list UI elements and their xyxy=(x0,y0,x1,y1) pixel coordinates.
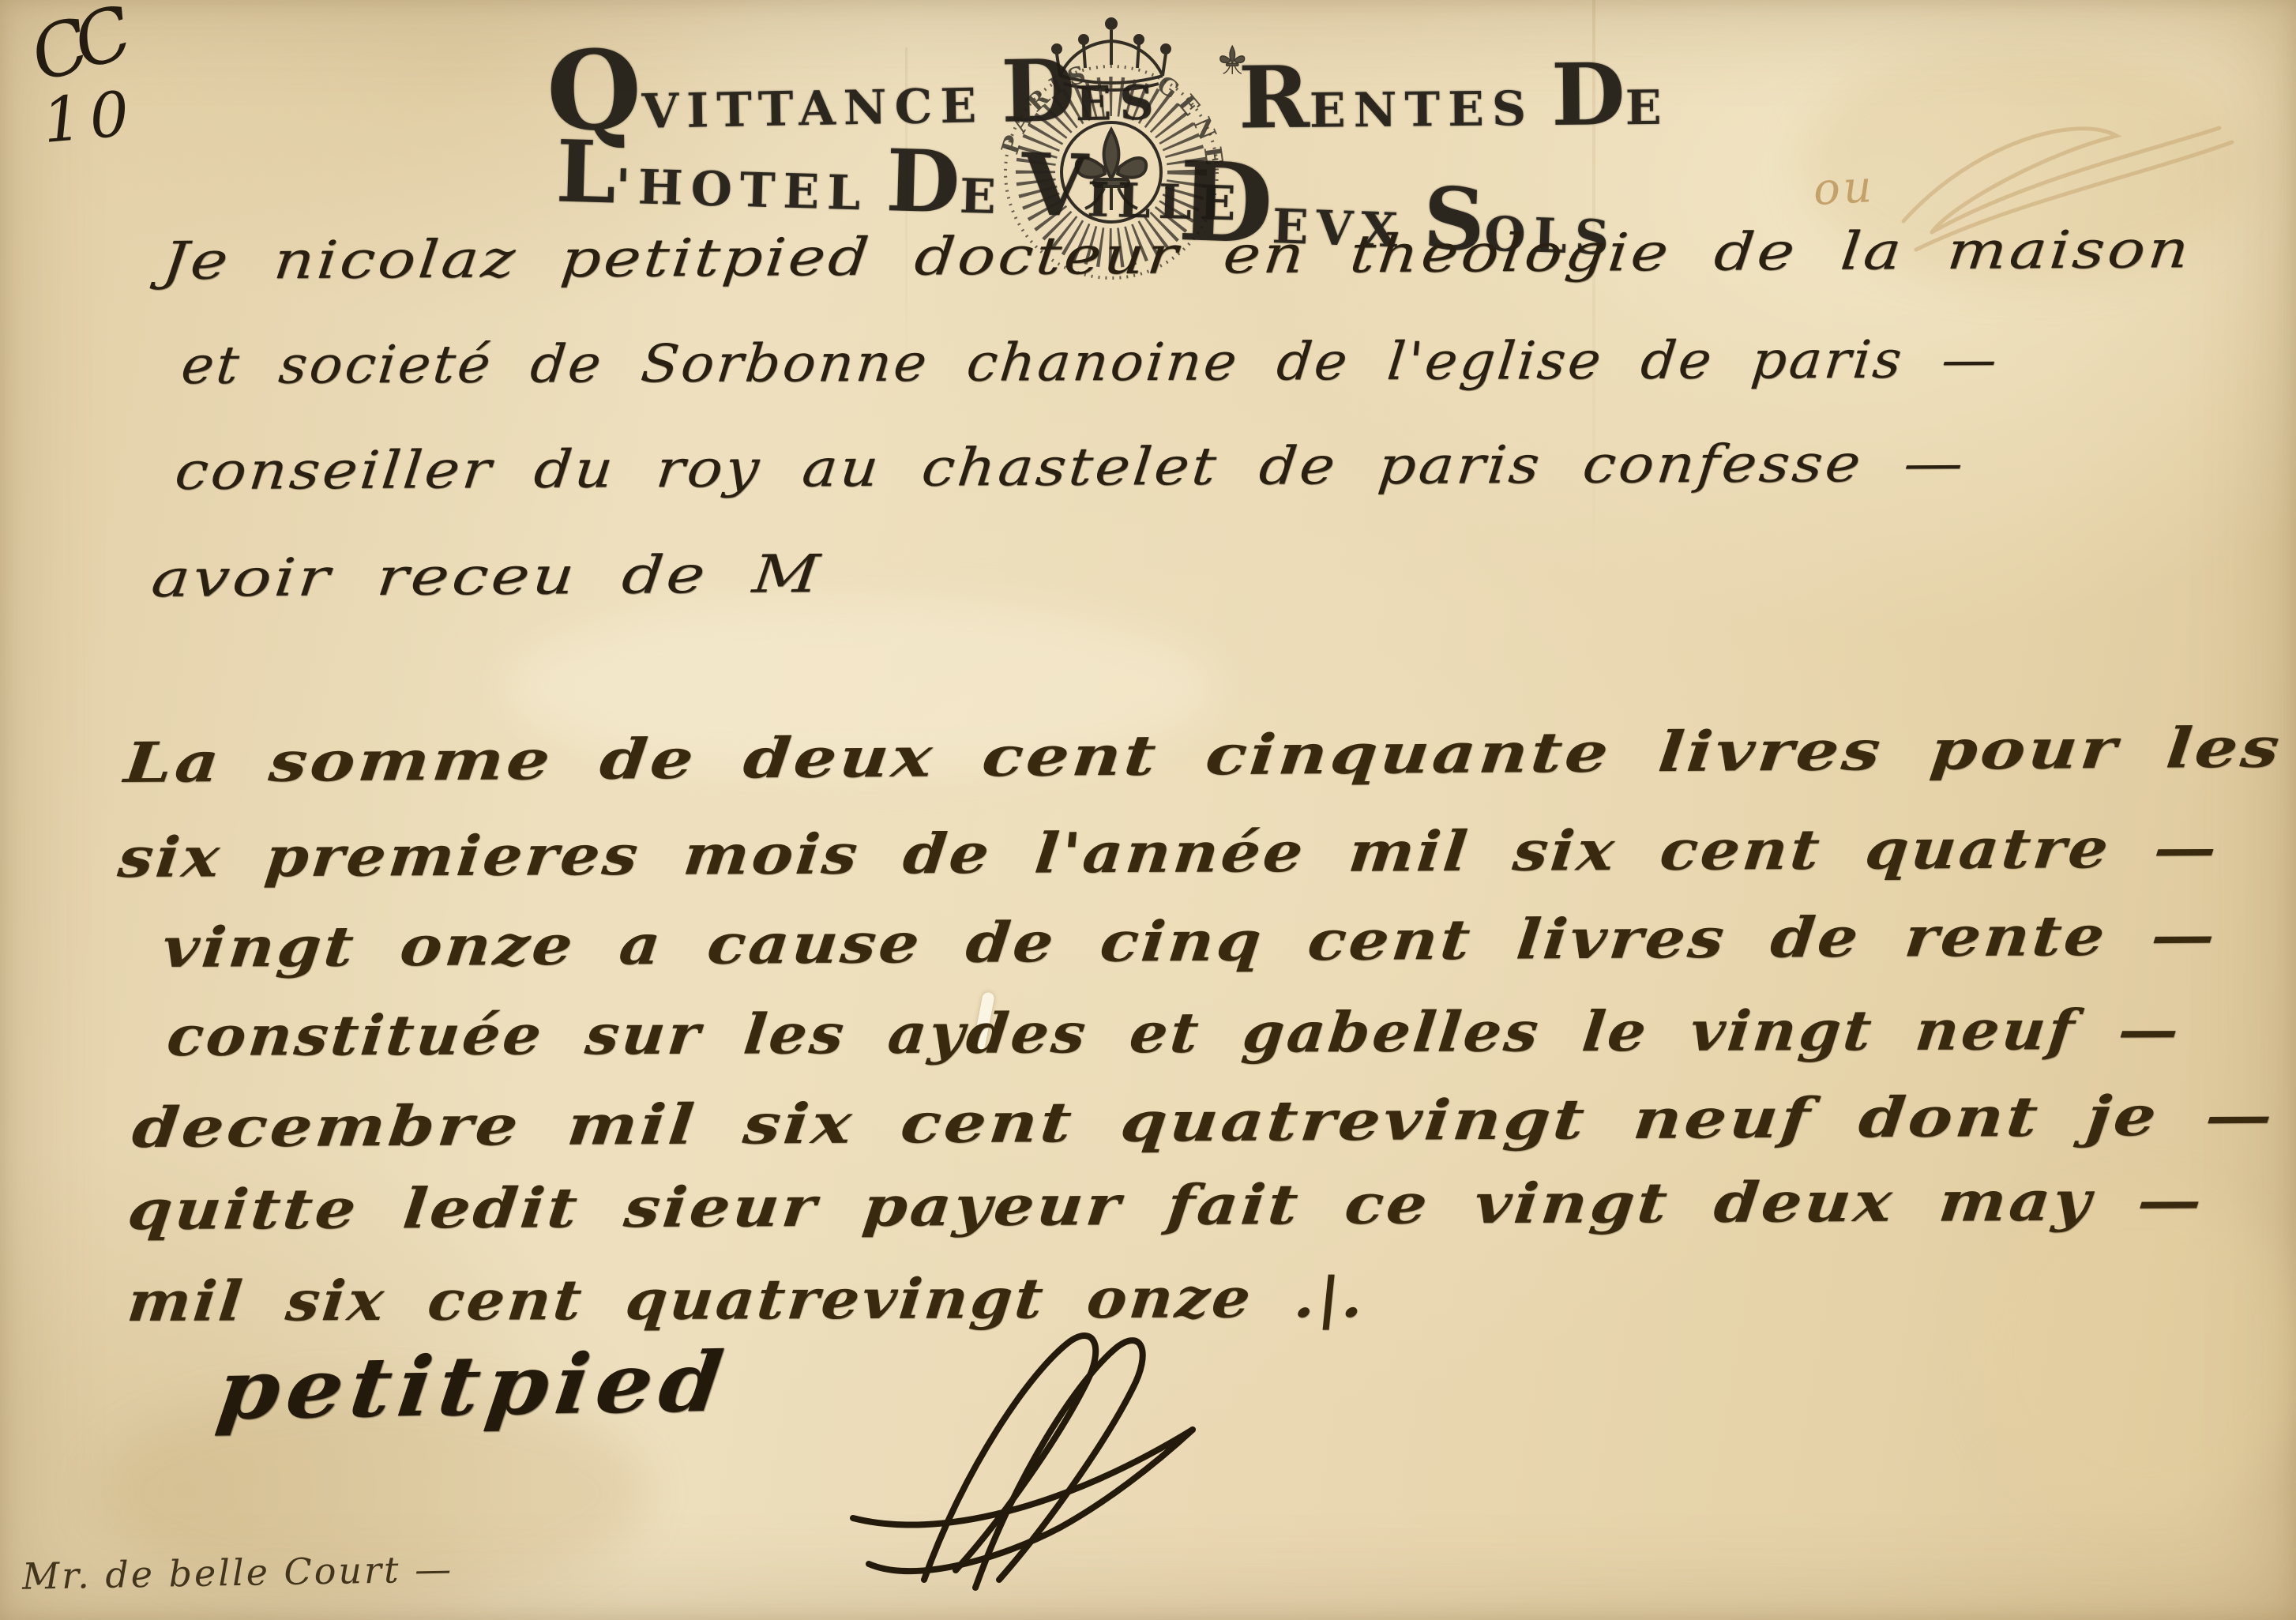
archive-number-mark: 10 xyxy=(39,78,140,157)
manuscript-line: constituée sur les aydes et gabelles le … xyxy=(164,997,2185,1069)
stamp-text: ENTES xyxy=(1310,81,1535,138)
manuscript-line: Je nicolaz petitpied docteur en theologi… xyxy=(160,219,2194,291)
manuscript-line: conseiller du roy au chastelet de paris … xyxy=(172,433,1968,502)
fleur-de-lis-icon xyxy=(1077,130,1146,210)
svg-text:PARIS: PARIS xyxy=(997,59,1095,158)
document-page: CC 10 QVITTANCEDES L'HOTELDEVILLE xyxy=(0,0,2296,1620)
stamp-initial: D xyxy=(1551,52,1626,138)
manuscript-line: vingt onze a cause de cinq cent livres d… xyxy=(160,902,2220,980)
paper-stain xyxy=(1975,1185,2296,1517)
seal-ring-text-left: PARIS xyxy=(997,59,1095,158)
faded-annotation: ou xyxy=(1812,161,1876,216)
signature-paraph-icon xyxy=(806,1303,1248,1619)
clerk-note: Mr. de belle Court — xyxy=(22,1547,454,1598)
manuscript-line: avoir receu de M xyxy=(148,543,825,609)
stamp-initial: L xyxy=(555,130,618,216)
stamp-title-right-line1: RENTESDE xyxy=(1238,52,1687,141)
manuscript-line: et societé de Sorbonne chanoine de l'egl… xyxy=(178,329,2002,396)
manuscript-line: decembre mil six cent quatrevingt neuf d… xyxy=(130,1082,2278,1160)
stamp-initial: R xyxy=(1238,55,1310,141)
manuscript-line: quitte ledit sieur payeur fait ce vingt … xyxy=(125,1167,2208,1242)
signature-petitpied: petitpied xyxy=(212,1333,735,1438)
manuscript-line: six premieres mois de l'année mil six ce… xyxy=(115,815,2223,890)
stamp-text: VITTANCE xyxy=(641,78,985,140)
stamp-text: E xyxy=(1625,81,1670,136)
manuscript-line: La somme de deux cent cinquante livres p… xyxy=(122,714,2285,795)
stamp-text: 'HOTEL xyxy=(615,160,870,222)
